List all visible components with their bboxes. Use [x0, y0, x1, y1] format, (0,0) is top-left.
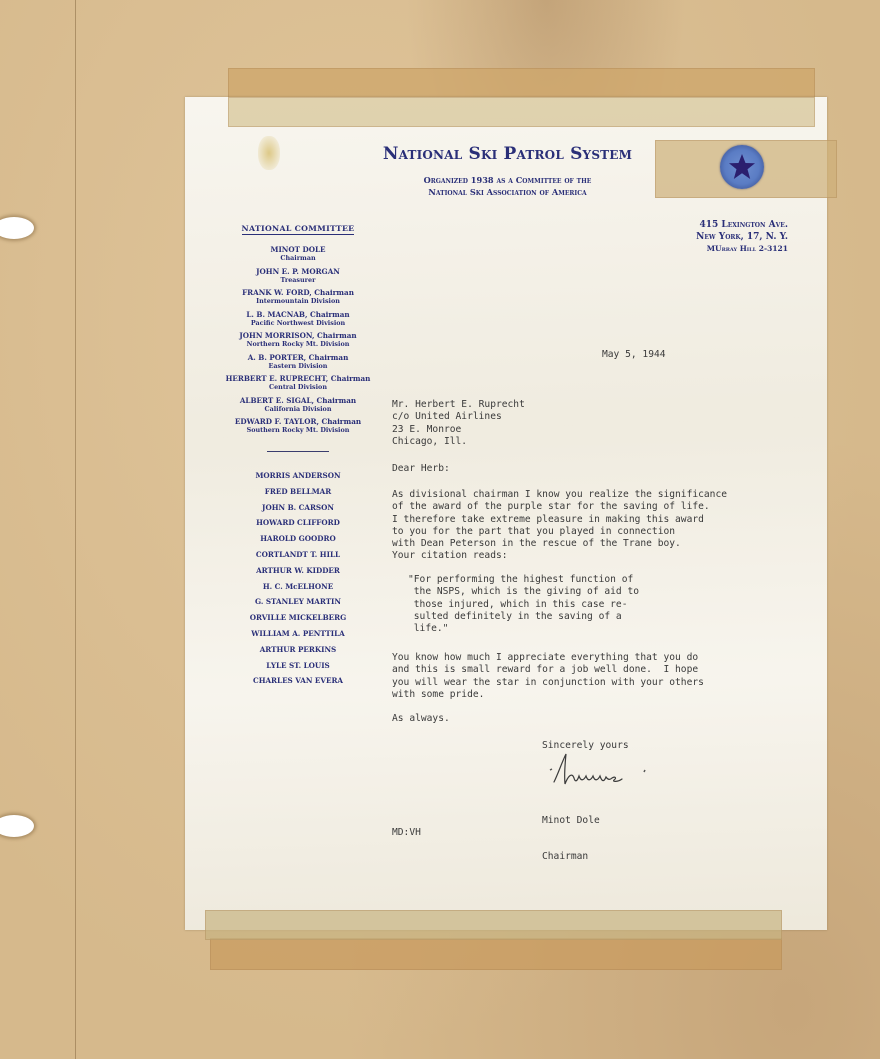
- committee-member: JOHN E. P. MORGANTreasurer: [222, 267, 374, 284]
- committee-members: MINOT DOLEChairmanJOHN E. P. MORGANTreas…: [222, 245, 374, 434]
- member-role: Intermountain Division: [222, 297, 374, 305]
- address-line: 415 Lexington Ave.: [640, 219, 788, 231]
- signer-name: Minot Dole: [542, 815, 600, 827]
- body-line: with Dean Peterson in the rescue of the …: [392, 538, 727, 550]
- recipient-line: c/o United Airlines: [392, 411, 525, 423]
- scrapbook-binding-line: [75, 0, 76, 1059]
- committee-member: ALBERT E. SIGAL, ChairmanCalifornia Divi…: [222, 396, 374, 413]
- member-role: Chairman: [222, 254, 374, 262]
- body-line: I therefore take extreme pleasure in mak…: [392, 514, 727, 526]
- salutation: Dear Herb:: [392, 463, 450, 475]
- seal-stain: [258, 136, 280, 170]
- member-name: A. B. PORTER, Chairman: [222, 353, 374, 362]
- member-name: EDWARD F. TAYLOR, Chairman: [222, 417, 374, 426]
- member-role: Northern Rocky Mt. Division: [222, 340, 374, 348]
- tape-strip-bottom-overlap: [205, 910, 782, 940]
- committee-member-name: CORTLANDT T. HILL: [222, 550, 374, 559]
- committee-member: A. B. PORTER, ChairmanEastern Division: [222, 353, 374, 370]
- body-line: As divisional chairman I know you realiz…: [392, 489, 727, 501]
- member-role: Central Division: [222, 383, 374, 391]
- letterhead-subtitle-line: National Ski Association of America: [365, 187, 650, 199]
- letterhead-subtitle-line: Organized 1938 as a Committee of the: [365, 175, 650, 187]
- committee-member: L. B. MACNAB, ChairmanPacific Northwest …: [222, 310, 374, 327]
- committee-member-name: HAROLD GOODRO: [222, 534, 374, 543]
- committee-member: EDWARD F. TAYLOR, ChairmanSouthern Rocky…: [222, 417, 374, 434]
- member-role: Southern Rocky Mt. Division: [222, 426, 374, 434]
- member-name: MINOT DOLE: [222, 245, 374, 254]
- committee-member-name: HOWARD CLIFFORD: [222, 518, 374, 527]
- member-name: L. B. MACNAB, Chairman: [222, 310, 374, 319]
- body-paragraph-2: You know how much I appreciate everythin…: [392, 652, 704, 701]
- body-line: of the award of the purple star for the …: [392, 501, 727, 513]
- citation-line: those injured, which in this case re-: [408, 599, 639, 611]
- committee-member-name: ARTHUR W. KIDDER: [222, 566, 374, 575]
- member-name: JOHN E. P. MORGAN: [222, 267, 374, 276]
- body-line: you will wear the star in conjunction wi…: [392, 677, 704, 689]
- phone-number: MUrray Hill 2-3121: [640, 243, 788, 255]
- committee-member-name: G. STANLEY MARTIN: [222, 597, 374, 606]
- reference-initials: MD:VH: [392, 827, 421, 839]
- address-line: New York, 17, N. Y.: [640, 231, 788, 243]
- letter-date: May 5, 1944: [602, 349, 666, 361]
- handwritten-signature: [548, 752, 648, 792]
- member-role: California Division: [222, 405, 374, 413]
- member-name: ALBERT E. SIGAL, Chairman: [222, 396, 374, 405]
- tape-strip-top-overlap: [228, 97, 815, 127]
- member-name: HERBERT E. RUPRECHT, Chairman: [222, 374, 374, 383]
- member-role: Pacific Northwest Division: [222, 319, 374, 327]
- body-line: Your citation reads:: [392, 550, 727, 562]
- committee-member-name: MORRIS ANDERSON: [222, 471, 374, 480]
- body-paragraph-1: As divisional chairman I know you realiz…: [392, 489, 727, 563]
- committee-member: JOHN MORRISON, ChairmanNorthern Rocky Mt…: [222, 331, 374, 348]
- committee-member-name: ARTHUR PERKINS: [222, 645, 374, 654]
- committee-member-name: CHARLES VAN EVERA: [222, 676, 374, 685]
- committee-member-name: JOHN B. CARSON: [222, 503, 374, 512]
- recipient-line: 23 E. Monroe: [392, 424, 525, 436]
- punch-hole: [0, 217, 34, 239]
- tape-strip-bottom: [210, 938, 782, 970]
- committee-member-name: WILLIAM A. PENTTILA: [222, 629, 374, 638]
- body-line: You know how much I appreciate everythin…: [392, 652, 704, 664]
- committee-member-name: H. C. McELHONE: [222, 582, 374, 591]
- citation-quote: "For performing the highest function of …: [408, 574, 639, 635]
- recipient-line: Chicago, Ill.: [392, 436, 525, 448]
- recipient-line: Mr. Herbert E. Ruprecht: [392, 399, 525, 411]
- member-name: JOHN MORRISON, Chairman: [222, 331, 374, 340]
- committee-member: FRANK W. FORD, ChairmanIntermountain Div…: [222, 288, 374, 305]
- tape-strip-top: [228, 68, 815, 100]
- committee-member: MINOT DOLEChairman: [222, 245, 374, 262]
- punch-hole: [0, 815, 34, 837]
- signer-title: Chairman: [542, 851, 600, 863]
- citation-line: "For performing the highest function of: [408, 574, 639, 586]
- committee-member: HERBERT E. RUPRECHT, ChairmanCentral Div…: [222, 374, 374, 391]
- body-line: with some pride.: [392, 689, 704, 701]
- star-icon: [727, 152, 757, 182]
- member-role: Eastern Division: [222, 362, 374, 370]
- committee-member-name: LYLE ST. LOUIS: [222, 661, 374, 670]
- purple-star-badge: [720, 145, 764, 189]
- committee-member-name: ORVILLE MICKELBERG: [222, 613, 374, 622]
- citation-line: life.": [408, 623, 639, 635]
- committee-heading: NATIONAL COMMITTEE: [242, 224, 355, 235]
- signer-block: Minot Dole Chairman: [542, 790, 600, 876]
- body-line: and this is small reward for a job well …: [392, 664, 704, 676]
- citation-line: the NSPS, which is the giving of aid to: [408, 586, 639, 598]
- recipient-address: Mr. Herbert E. Ruprechtc/o United Airlin…: [392, 399, 525, 448]
- committee-member-name: FRED BELLMAR: [222, 487, 374, 496]
- complimentary-close: Sincerely yours: [542, 740, 629, 752]
- closing-line: As always.: [392, 713, 450, 725]
- letterhead-address: 415 Lexington Ave. New York, 17, N. Y. M…: [640, 219, 788, 255]
- letterhead-title: National Ski Patrol System: [365, 144, 650, 164]
- letterhead-subtitle: Organized 1938 as a Committee of the Nat…: [365, 175, 650, 198]
- committee-sidebar: NATIONAL COMMITTEE MINOT DOLEChairmanJOH…: [222, 216, 374, 692]
- member-name: FRANK W. FORD, Chairman: [222, 288, 374, 297]
- committee-divider: [267, 451, 329, 452]
- citation-line: sulted definitely in the saving of a: [408, 611, 639, 623]
- member-role: Treasurer: [222, 276, 374, 284]
- body-line: to you for the part that you played in c…: [392, 526, 727, 538]
- committee-other-members: MORRIS ANDERSONFRED BELLMARJOHN B. CARSO…: [222, 471, 374, 685]
